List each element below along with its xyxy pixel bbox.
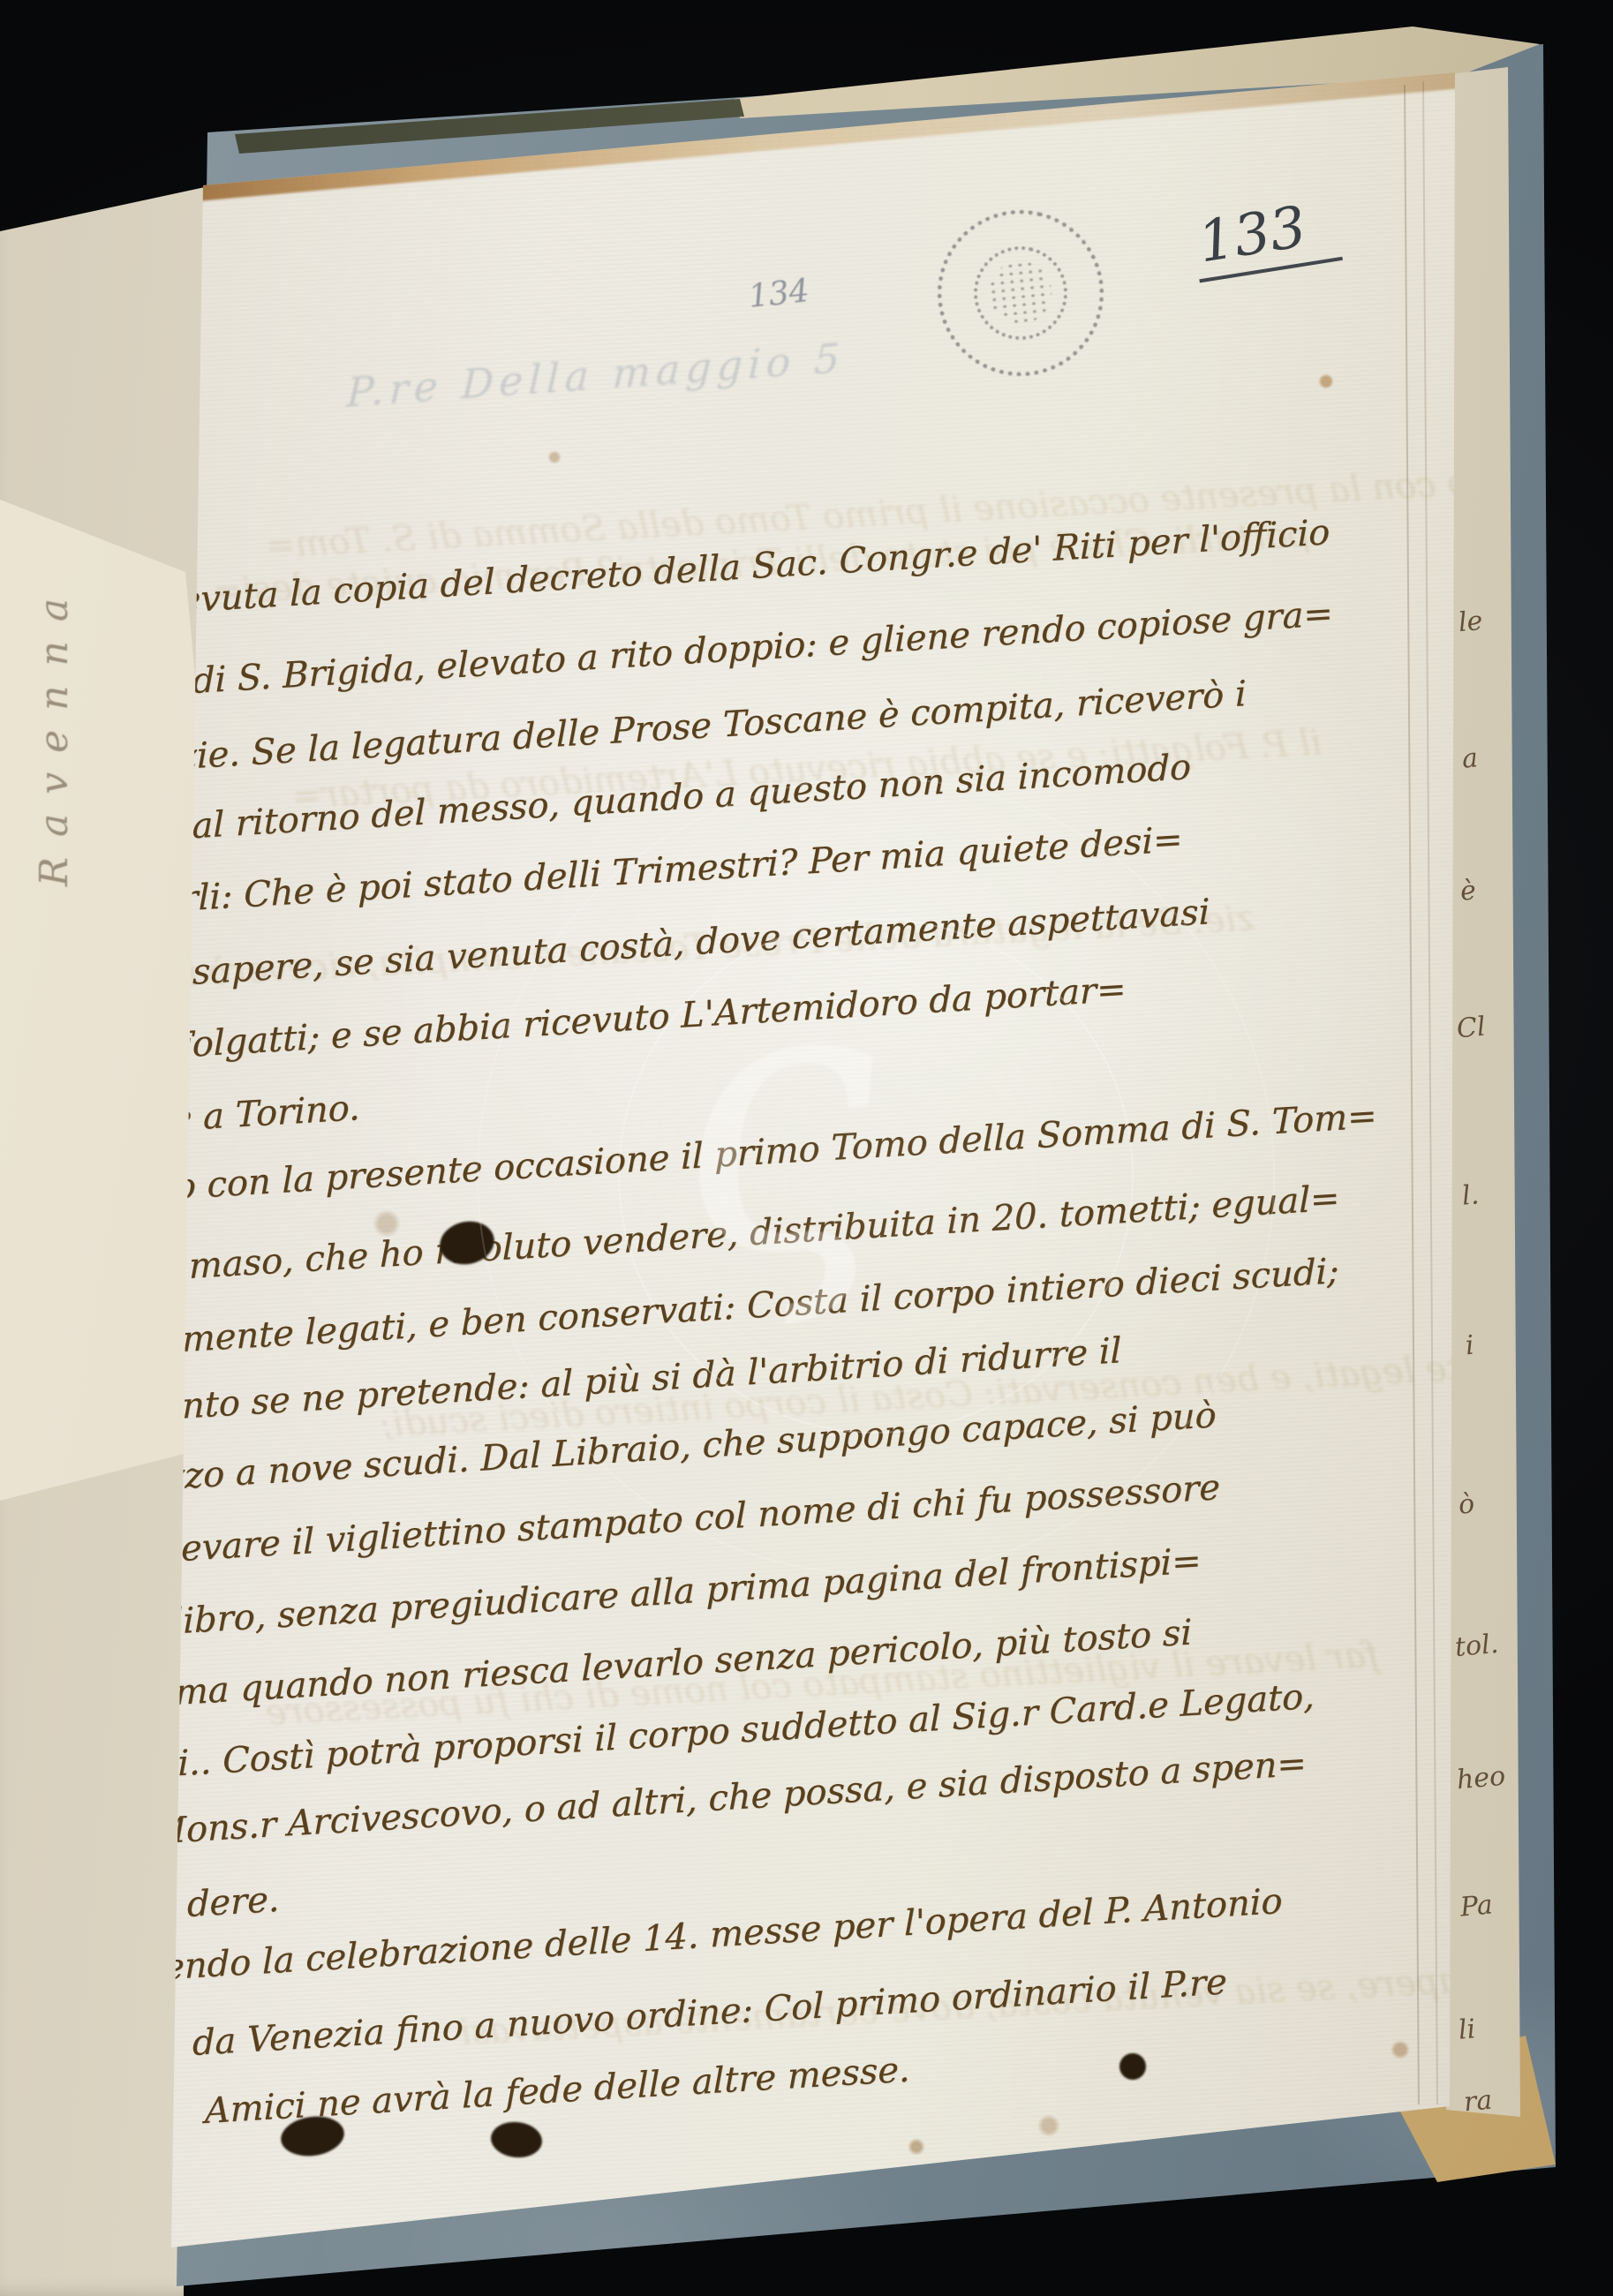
- margin-text-fragment: Pa: [1459, 1892, 1494, 1921]
- manuscript-line: dere.: [187, 1882, 280, 1923]
- pencil-folio-number: 134: [747, 276, 810, 314]
- page-crease: [1404, 85, 1420, 2104]
- watermark-emblem-icon: ς: [652, 924, 898, 1314]
- margin-text-fragment: le: [1458, 608, 1484, 636]
- manuscript-page: Mando con la presente occasione il primo…: [0, 0, 1613, 2296]
- margin-text-fragment: tol.: [1454, 1631, 1500, 1661]
- photograph-backdrop: { "heading": { "main": "M.to Rev.do P.re…: [0, 0, 1613, 2296]
- spine-note-vertical: Ravenna: [28, 521, 81, 945]
- margin-text-fragment: heo: [1456, 1764, 1507, 1795]
- margin-text-fragment: l.: [1461, 1182, 1481, 1210]
- margin-text-fragment: Cl: [1456, 1014, 1487, 1043]
- faded-archival-note: P.re Della maggio 5: [346, 337, 846, 413]
- folio-number: 133: [1189, 194, 1343, 283]
- ink-blot: [1119, 2053, 1146, 2080]
- margin-text-fragment: a: [1461, 745, 1479, 772]
- margin-text-fragment: è: [1459, 877, 1477, 905]
- margin-text-fragment: ò: [1458, 1491, 1476, 1518]
- page-crease: [1422, 81, 1438, 2104]
- margin-text-fragment: li: [1458, 2016, 1477, 2044]
- margin-text-fragment: i: [1465, 1333, 1475, 1360]
- ink-blot: [489, 2119, 544, 2160]
- round-ink-stamp-icon: [920, 192, 1121, 394]
